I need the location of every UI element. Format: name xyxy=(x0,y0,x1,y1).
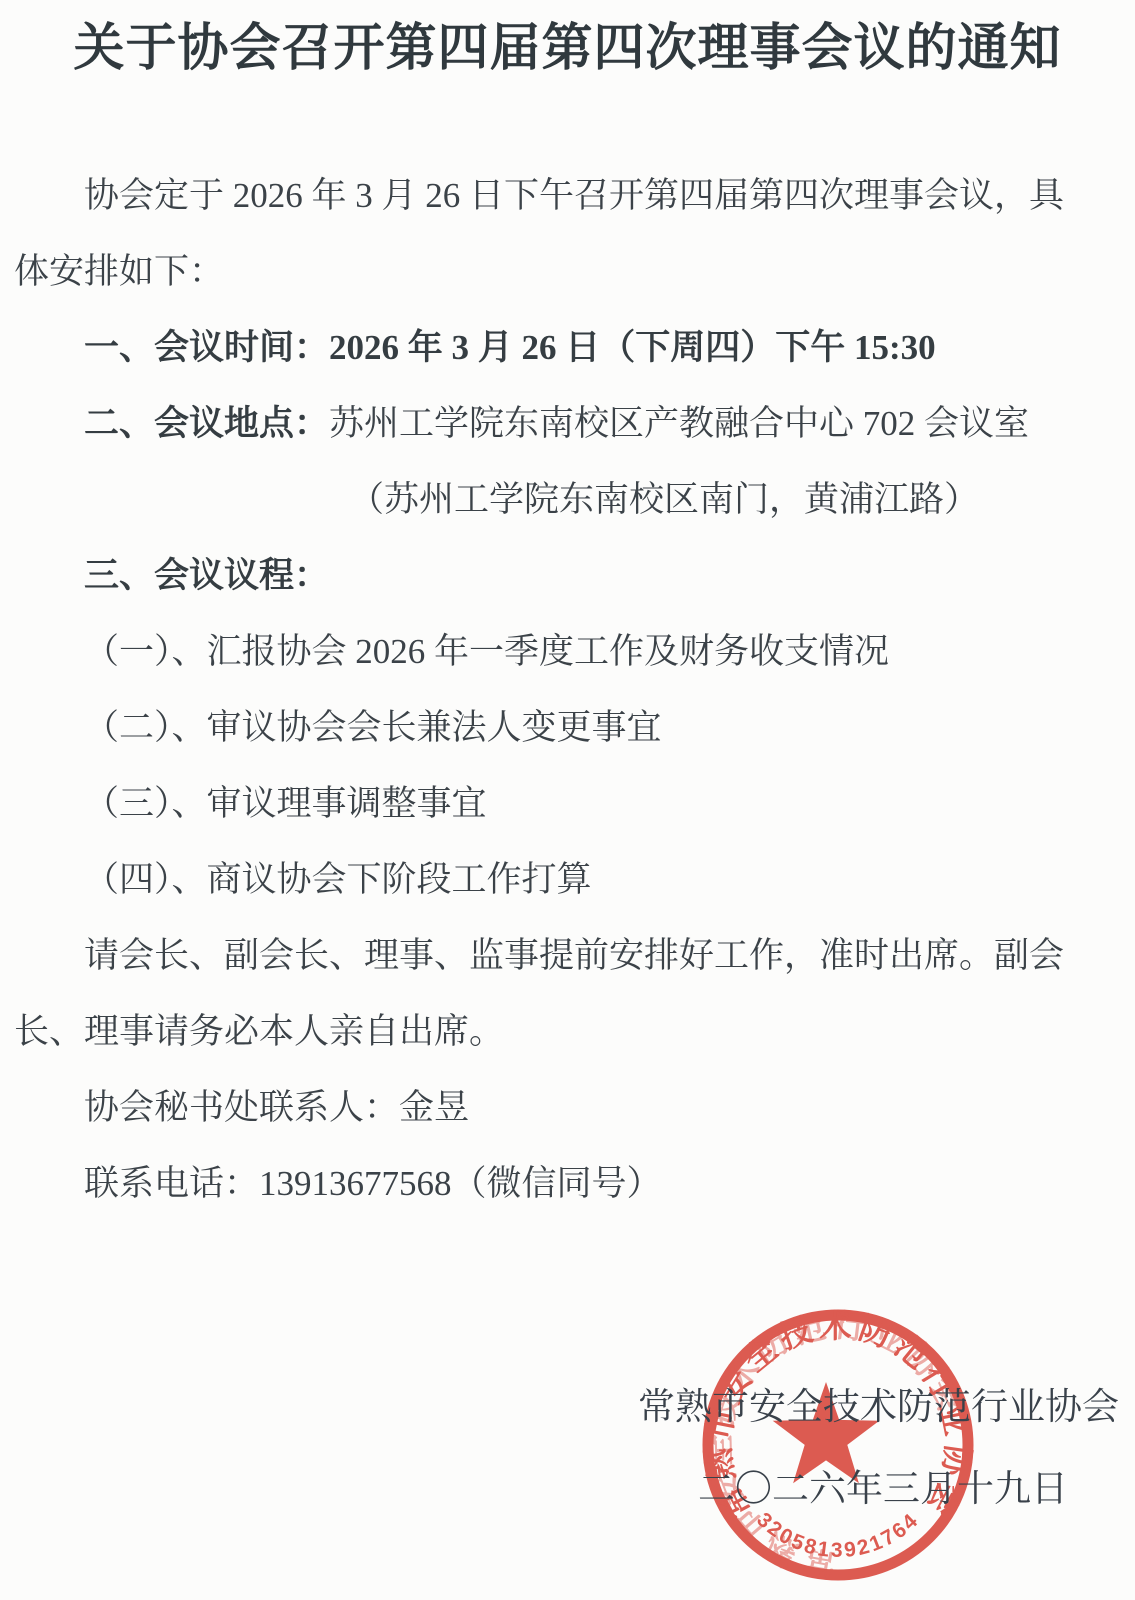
meeting-time-item: 一、会议时间：2026 年 3 月 26 日（下周四）下午 15:30 xyxy=(84,310,1105,386)
notice-document: 关于协会召开第四届第四次理事会议的通知 协会定于 2026 年 3 月 26 日… xyxy=(0,0,1135,1600)
official-seal-stamp: 常熟市安全技术防范行业协会 常熟市安全技术防范行业协会 320581392176… xyxy=(698,1300,988,1590)
closing-line-2: 长、理事请务必本人亲自出席。 xyxy=(14,994,1105,1070)
intro-line-1: 协会定于 2026 年 3 月 26 日下午召开第四届第四次理事会议，具 xyxy=(84,158,1105,234)
closing-line-1: 请会长、副会长、理事、监事提前安排好工作，准时出席。副会 xyxy=(84,918,1105,994)
meeting-time-value: 2026 年 3 月 26 日（下周四）下午 15:30 xyxy=(329,328,936,367)
agenda-item-2: （二）、审议协会会长兼法人变更事宜 xyxy=(84,690,1105,766)
secretariat-contact-line: 协会秘书处联系人：金昱 xyxy=(84,1070,1105,1146)
signature-date: 二〇二六年三月十九日 xyxy=(698,1458,1068,1512)
meeting-place-label: 二、会议地点： xyxy=(84,404,329,443)
agenda-item-3: （三）、审议理事调整事宜 xyxy=(84,766,1105,842)
document-body: 协会定于 2026 年 3 月 26 日下午召开第四届第四次理事会议，具 体安排… xyxy=(0,158,1135,1222)
meeting-time-label: 一、会议时间： xyxy=(84,328,329,367)
phone-line: 联系电话：13913677568（微信同号） xyxy=(84,1146,1105,1222)
agenda-item-1: （一）、汇报协会 2026 年一季度工作及财务收支情况 xyxy=(84,614,1105,690)
meeting-place-value: 苏州工学院东南校区产教融合中心 702 会议室 xyxy=(329,404,1029,443)
document-title: 关于协会召开第四届第四次理事会议的通知 xyxy=(20,12,1115,86)
meeting-place-note: （苏州工学院东南校区南门，黄浦江路） xyxy=(349,462,1105,538)
agenda-heading: 三、会议议程： xyxy=(84,538,1105,614)
signature-organization: 常熟市安全技术防范行业协会 xyxy=(638,1376,1119,1430)
intro-line-2: 体安排如下： xyxy=(14,234,1105,310)
meeting-place-item: 二、会议地点：苏州工学院东南校区产教融合中心 702 会议室 xyxy=(84,386,1105,462)
agenda-item-4: （四）、商议协会下阶段工作打算 xyxy=(84,842,1105,918)
